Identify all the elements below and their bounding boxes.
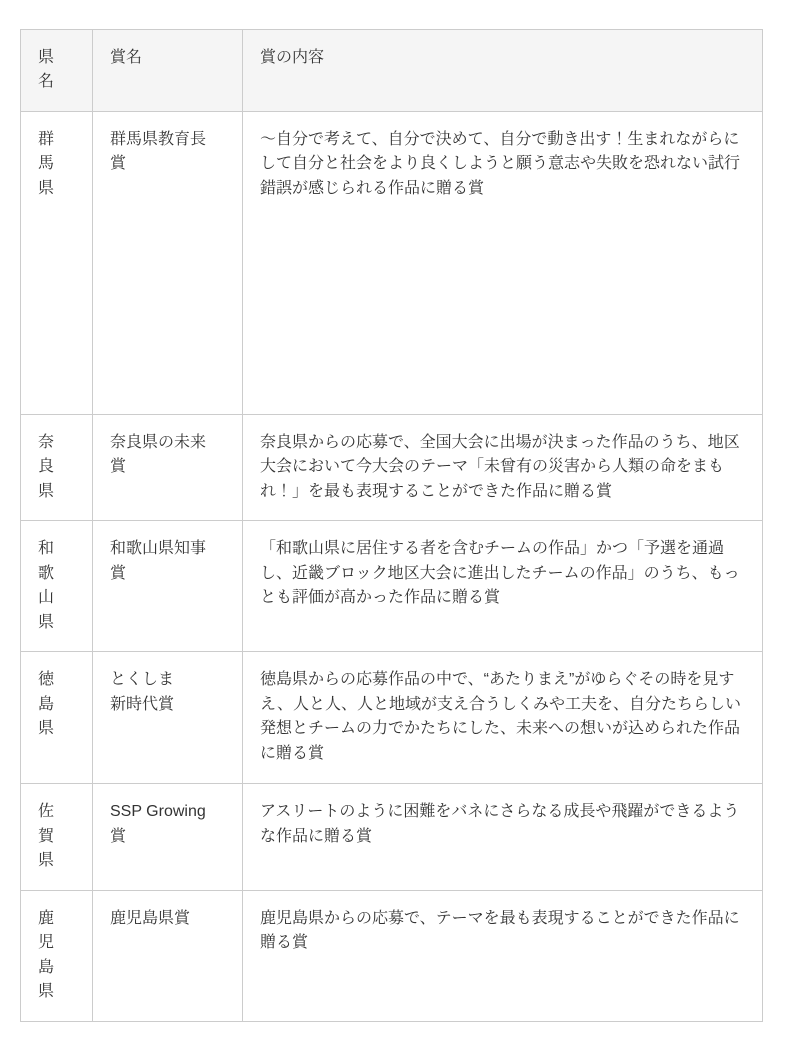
- award-name-cell: 群馬県教育長 賞: [93, 111, 243, 414]
- award-name-cell: 鹿児島県賞: [93, 890, 243, 1021]
- table-row-wakayama: 和 歌 山 県 和歌山県知事 賞 「和歌山県に居住する者を含むチームの作品」かつ…: [21, 521, 763, 652]
- header-cell-prefecture: 県 名: [21, 30, 93, 112]
- header-cell-award-description: 賞の内容: [243, 30, 763, 112]
- prefecture-cell: 奈 良 県: [21, 414, 93, 520]
- award-name-cell: とくしま 新時代賞: [93, 652, 243, 784]
- prefecture-awards-table: 県 名 賞名 賞の内容 群 馬 県 群馬県教育長 賞 ～自分で考えて、自分で決め…: [20, 29, 763, 1022]
- prefecture-cell: 鹿 児 島 県: [21, 890, 93, 1021]
- prefecture-cell: 徳 島 県: [21, 652, 93, 784]
- prefecture-cell: 佐 賀 県: [21, 784, 93, 890]
- award-description-cell: ～自分で考えて、自分で決めて、自分で動き出す！生まれながらにして自分と社会をより…: [243, 111, 763, 414]
- table-header-row: 県 名 賞名 賞の内容: [21, 30, 763, 112]
- table-row-gunma: 群 馬 県 群馬県教育長 賞 ～自分で考えて、自分で決めて、自分で動き出す！生ま…: [21, 111, 763, 414]
- award-description-cell: 「和歌山県に居住する者を含むチームの作品」かつ「予選を通過し、近畿ブロック地区大…: [243, 521, 763, 652]
- award-description-cell: 奈良県からの応募で、全国大会に出場が決まった作品のうち、地区大会において今大会の…: [243, 414, 763, 520]
- award-description-cell: 鹿児島県からの応募で、テーマを最も表現することができた作品に贈る賞: [243, 890, 763, 1021]
- header-cell-award-name: 賞名: [93, 30, 243, 112]
- prefecture-cell: 和 歌 山 県: [21, 521, 93, 652]
- award-name-cell: 奈良県の未来 賞: [93, 414, 243, 520]
- award-name-cell: 和歌山県知事 賞: [93, 521, 243, 652]
- page: 県 名 賞名 賞の内容 群 馬 県 群馬県教育長 賞 ～自分で考えて、自分で決め…: [0, 0, 800, 1039]
- table-row-saga: 佐 賀 県 SSP Growing 賞 アスリートのように困難をバネにさらなる成…: [21, 784, 763, 890]
- table-row-kagoshima: 鹿 児 島 県 鹿児島県賞 鹿児島県からの応募で、テーマを最も表現することができ…: [21, 890, 763, 1021]
- award-description-cell: 徳島県からの応募作品の中で、“あたりまえ”がゆらぐその時を見すえ、人と人、人と地…: [243, 652, 763, 784]
- table-row-nara: 奈 良 県 奈良県の未来 賞 奈良県からの応募で、全国大会に出場が決まった作品の…: [21, 414, 763, 520]
- prefecture-cell: 群 馬 県: [21, 111, 93, 414]
- award-description-cell: アスリートのように困難をバネにさらなる成長や飛躍ができるような作品に贈る賞: [243, 784, 763, 890]
- table-row-tokushima: 徳 島 県 とくしま 新時代賞 徳島県からの応募作品の中で、“あたりまえ”がゆら…: [21, 652, 763, 784]
- award-name-cell: SSP Growing 賞: [93, 784, 243, 890]
